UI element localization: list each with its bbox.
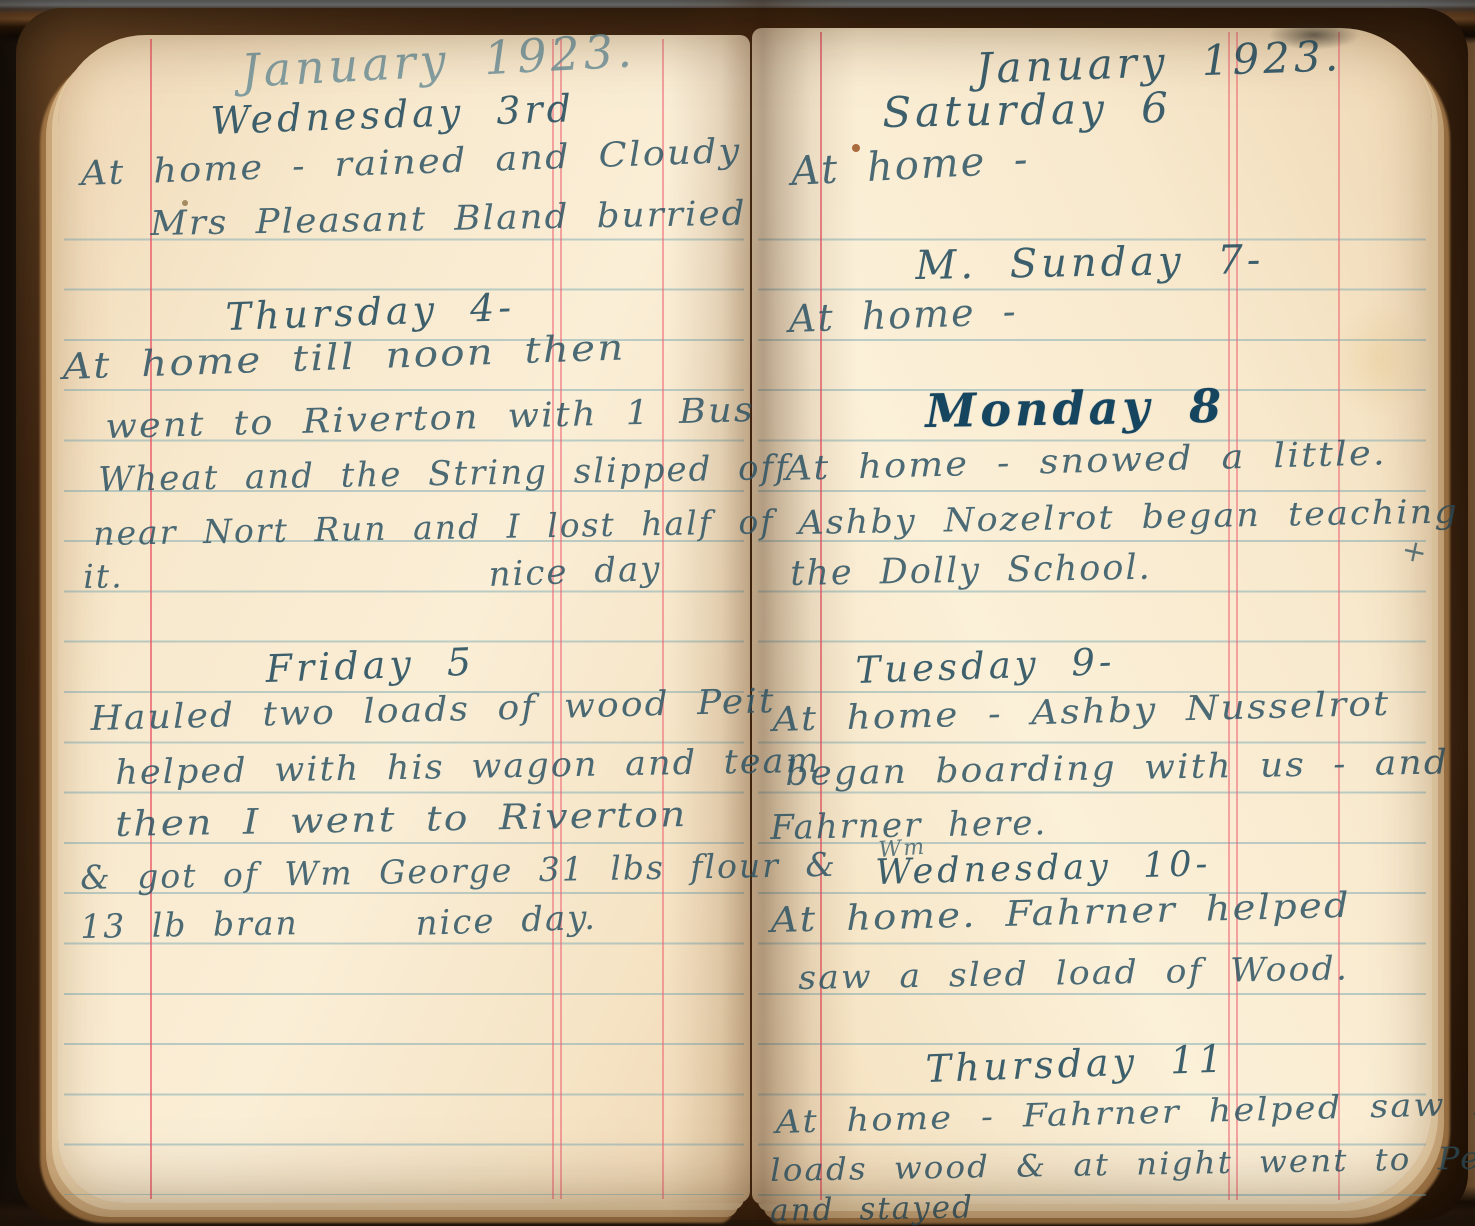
stray-pen-mark: Wm	[878, 837, 927, 862]
diary-line: At home -	[790, 140, 1030, 192]
right-page-margin-line	[820, 32, 822, 1200]
day-heading: M. Sunday 7-	[915, 240, 1265, 286]
diary-line: 13 lb bran	[80, 906, 299, 943]
diary-line: nice day.	[415, 901, 597, 941]
diary-line: Mrs Pleasant Bland burried	[150, 197, 747, 241]
day-heading: Tuesday 9-	[855, 643, 1116, 689]
day-heading: Monday 8	[925, 383, 1226, 434]
diary-line: it.	[83, 559, 124, 593]
diary-line: At home -	[788, 292, 1018, 338]
month-header-right: January 1923.	[975, 35, 1343, 90]
right-page	[752, 28, 1432, 1204]
day-heading: Friday 5	[265, 643, 476, 688]
diary-line: nice day	[488, 552, 662, 592]
day-heading: Thursday 4-	[225, 288, 516, 336]
diary-photograph: January 1923. Wednesday 3rd At home - ra…	[0, 0, 1475, 1226]
day-heading: Thursday 11	[925, 1040, 1227, 1088]
diary-line: the Dolly School.	[790, 551, 1152, 592]
right-page-column-line	[1228, 32, 1230, 1200]
right-page-column-line	[1338, 32, 1340, 1200]
diary-line: saw a sled load of Wood.	[798, 951, 1349, 994]
right-page-column-line	[1236, 32, 1238, 1200]
diary-line: then I went to Riverton	[115, 798, 688, 843]
day-heading: Saturday 6	[882, 87, 1172, 134]
diary-line: and stayed	[770, 1192, 974, 1226]
